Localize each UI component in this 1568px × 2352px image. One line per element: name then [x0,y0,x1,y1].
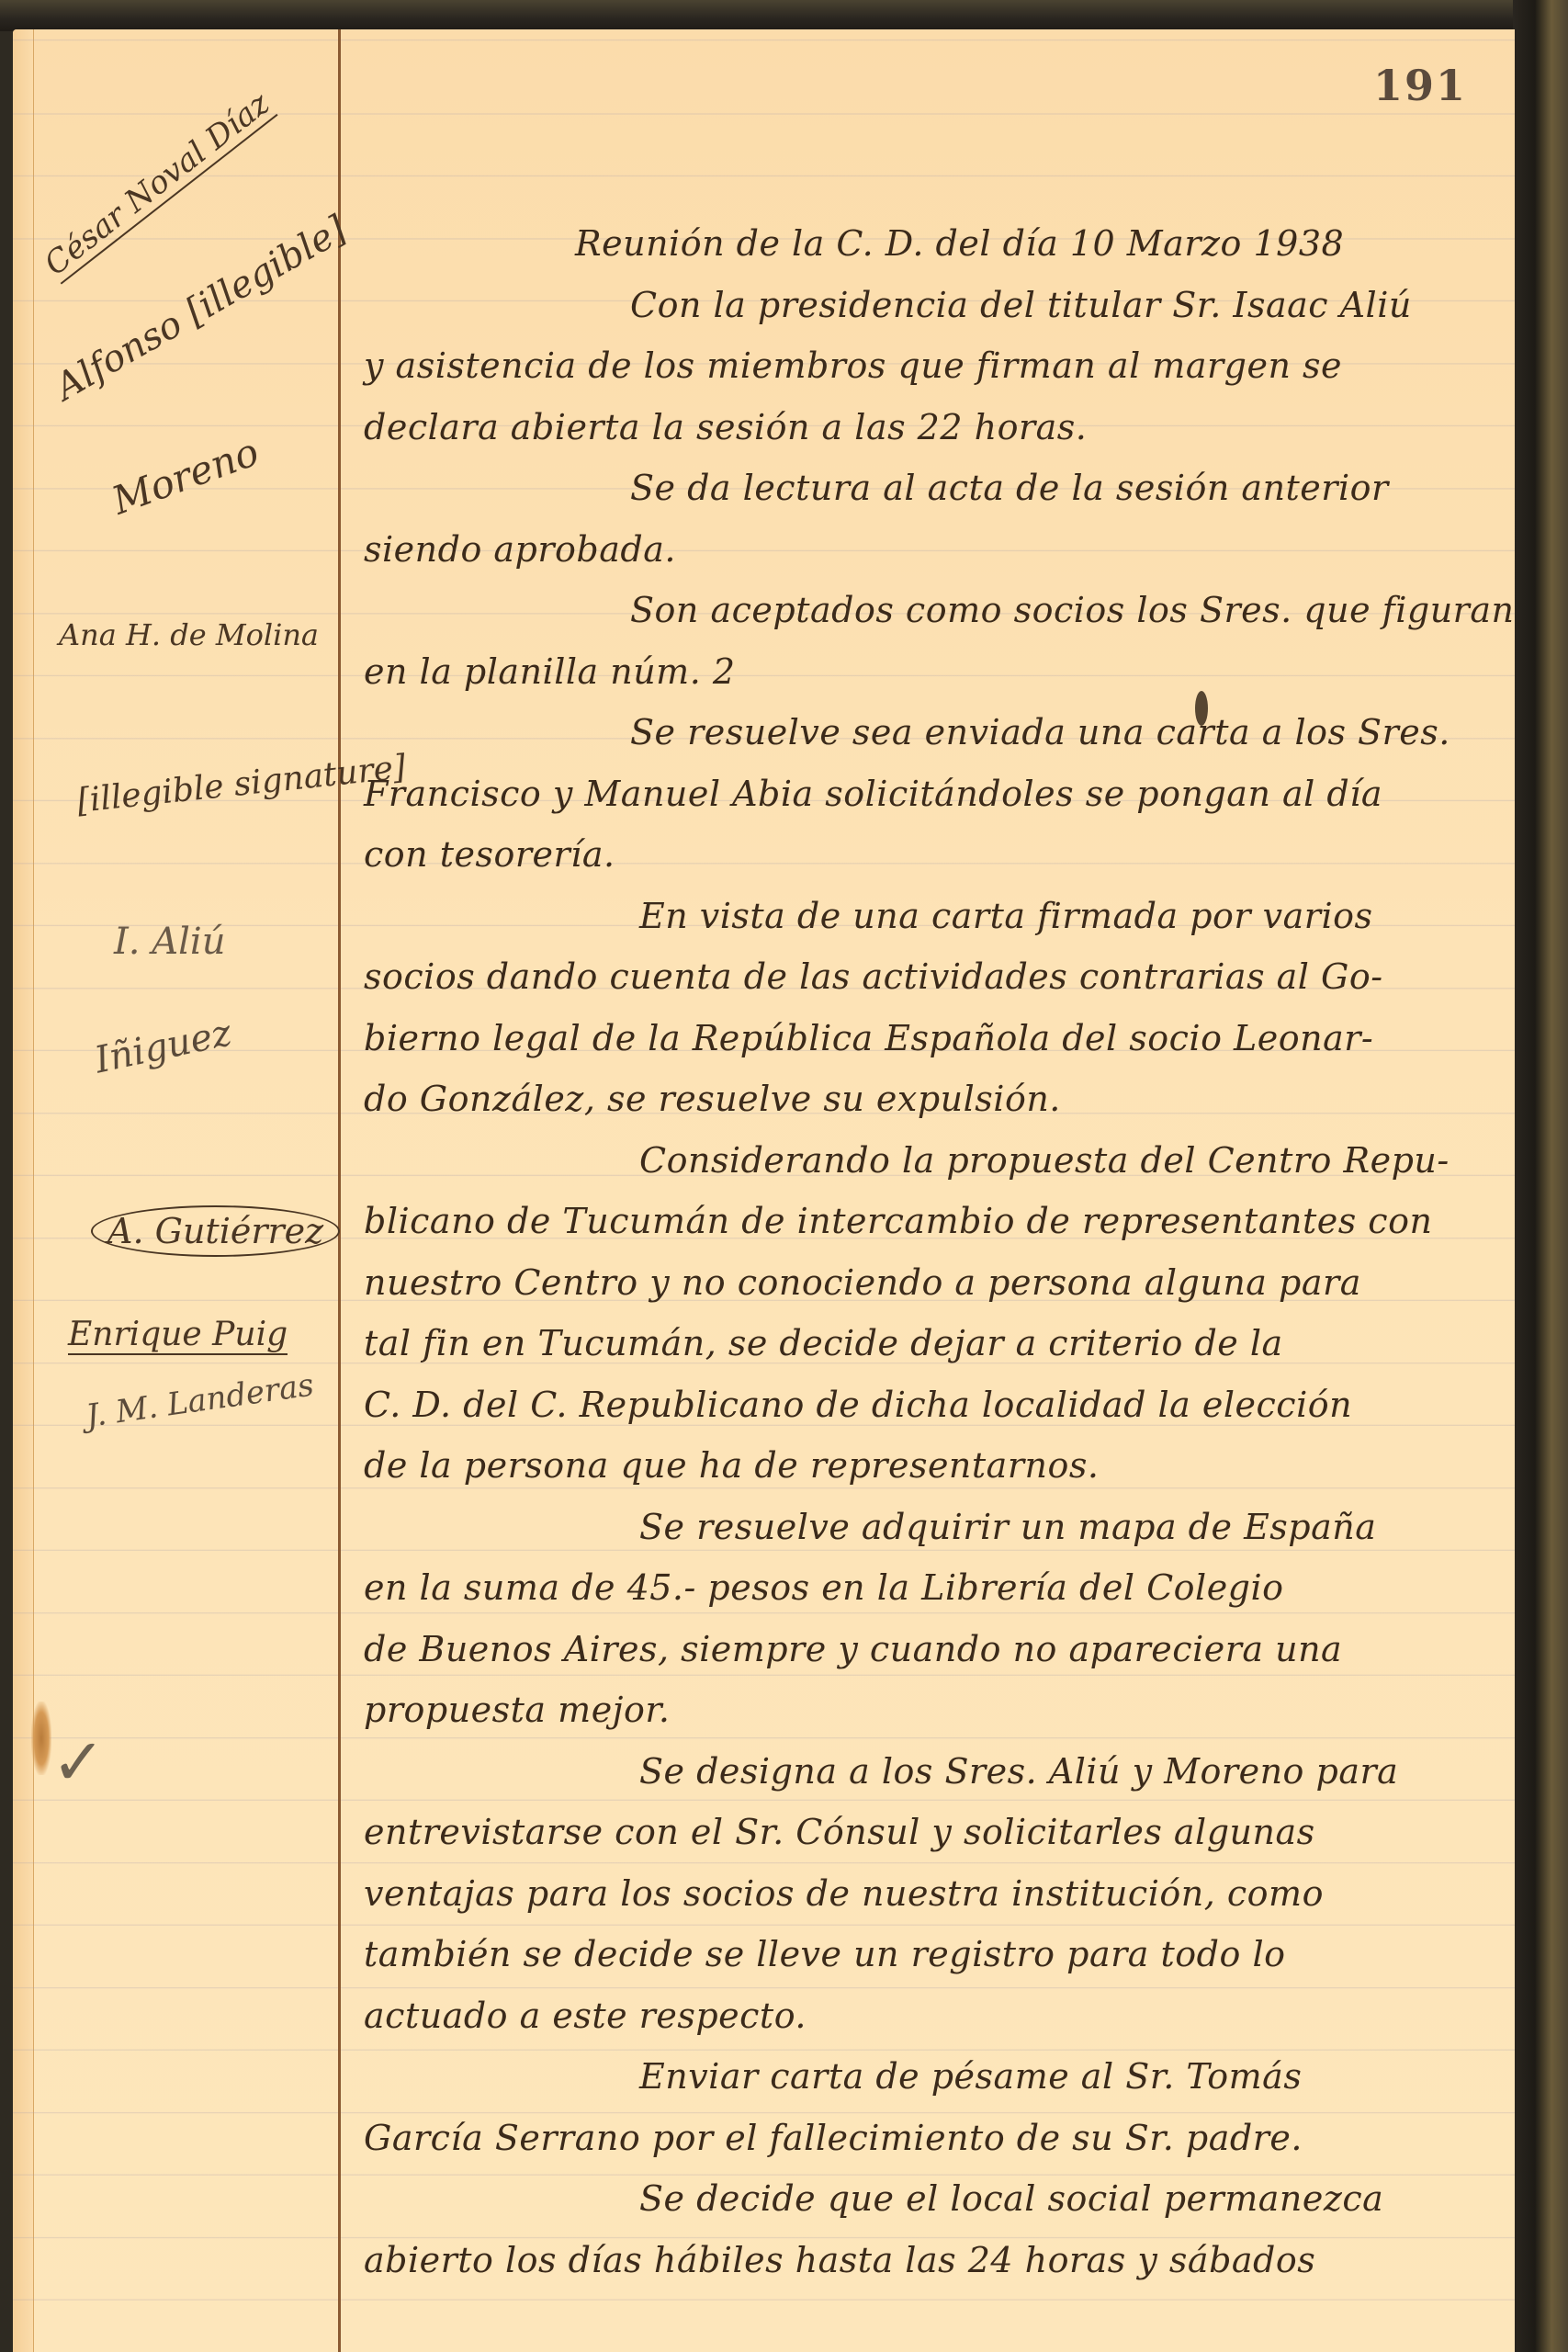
text-line: Se decide que el local social permanezca [364,2168,1512,2230]
minutes-title: Reunión de la C. D. del día 10 Marzo 193… [364,213,1512,275]
text-line: siendo aprobada. [364,519,1512,581]
text-line: nuestro Centro y no conociendo a persona… [364,1252,1512,1314]
text-line: Se da lectura al acta de la sesión anter… [364,458,1512,519]
text-line: en la suma de 45.- pesos en la Librería … [364,1557,1512,1619]
signature: Enrique Puig [68,1316,288,1355]
text-line: propuesta mejor. [364,1679,1512,1741]
text-line: abierto los días hábiles hasta las 24 ho… [364,2230,1512,2291]
ink-blot [1195,691,1208,726]
text-line: blicano de Tucumán de intercambio de rep… [364,1191,1512,1252]
text-line: de Buenos Aires, siempre y cuando no apa… [364,1619,1512,1680]
text-line: socios dando cuenta de las actividades c… [364,946,1512,1008]
text-line: con tesorería. [364,824,1512,886]
text-line: García Serrano por el fallecimiento de s… [364,2108,1512,2169]
text-line: do González, se resuelve su expulsión. [364,1069,1512,1130]
text-line: C. D. del C. Republicano de dicha locali… [364,1374,1512,1436]
book-binding-top [0,0,1568,31]
text-line: y asistencia de los miembros que firman … [364,335,1512,397]
text-line: En vista de una carta firmada por varios [364,886,1512,947]
signature: A. Gutiérrez [91,1205,340,1257]
text-line: declara abierta la sesión a las 22 horas… [364,397,1512,458]
text-line: Se resuelve adquirir un mapa de España [364,1497,1512,1558]
margin-rule [338,29,341,2352]
text-line: Considerando la propuesta del Centro Rep… [364,1130,1512,1192]
text-line: de la persona que ha de representarnos. [364,1435,1512,1497]
text-line: en la planilla núm. 2 [364,641,1512,703]
text-line: ventajas para los socios de nuestra inst… [364,1863,1512,1925]
signature: I. Aliú [114,921,225,963]
book-binding-right [1513,0,1568,2352]
text-line: bierno legal de la República Española de… [364,1008,1512,1069]
text-line: Se designa a los Sres. Aliú y Moreno par… [364,1741,1512,1803]
text-line: tal fin en Tucumán, se decide dejar a cr… [364,1313,1512,1374]
text-line: Con la presidencia del titular Sr. Isaac… [364,275,1512,336]
ledger-page: 191 César Noval Díaz Alfonso [illegible]… [13,29,1515,2352]
text-line: Son aceptados como socios los Sres. que … [364,580,1512,641]
signature: Ana H. de Molina [59,617,319,652]
text-line: Francisco y Manuel Abia solicitándoles s… [364,763,1512,825]
check-mark-icon: ✓ [51,1724,106,1800]
text-line: entrevistarse con el Sr. Cónsul y solici… [364,1802,1512,1863]
rust-stain [31,1702,51,1775]
text-line: Se resuelve sea enviada una carta a los … [364,702,1512,763]
text-line: actuado a este respecto. [364,1985,1512,2047]
minutes-text: Reunión de la C. D. del día 10 Marzo 193… [364,213,1512,2290]
text-line: también se decide se lleve un registro p… [364,1924,1512,1985]
text-line: Enviar carta de pésame al Sr. Tomás [364,2046,1512,2108]
page-number: 191 [1373,61,1467,110]
